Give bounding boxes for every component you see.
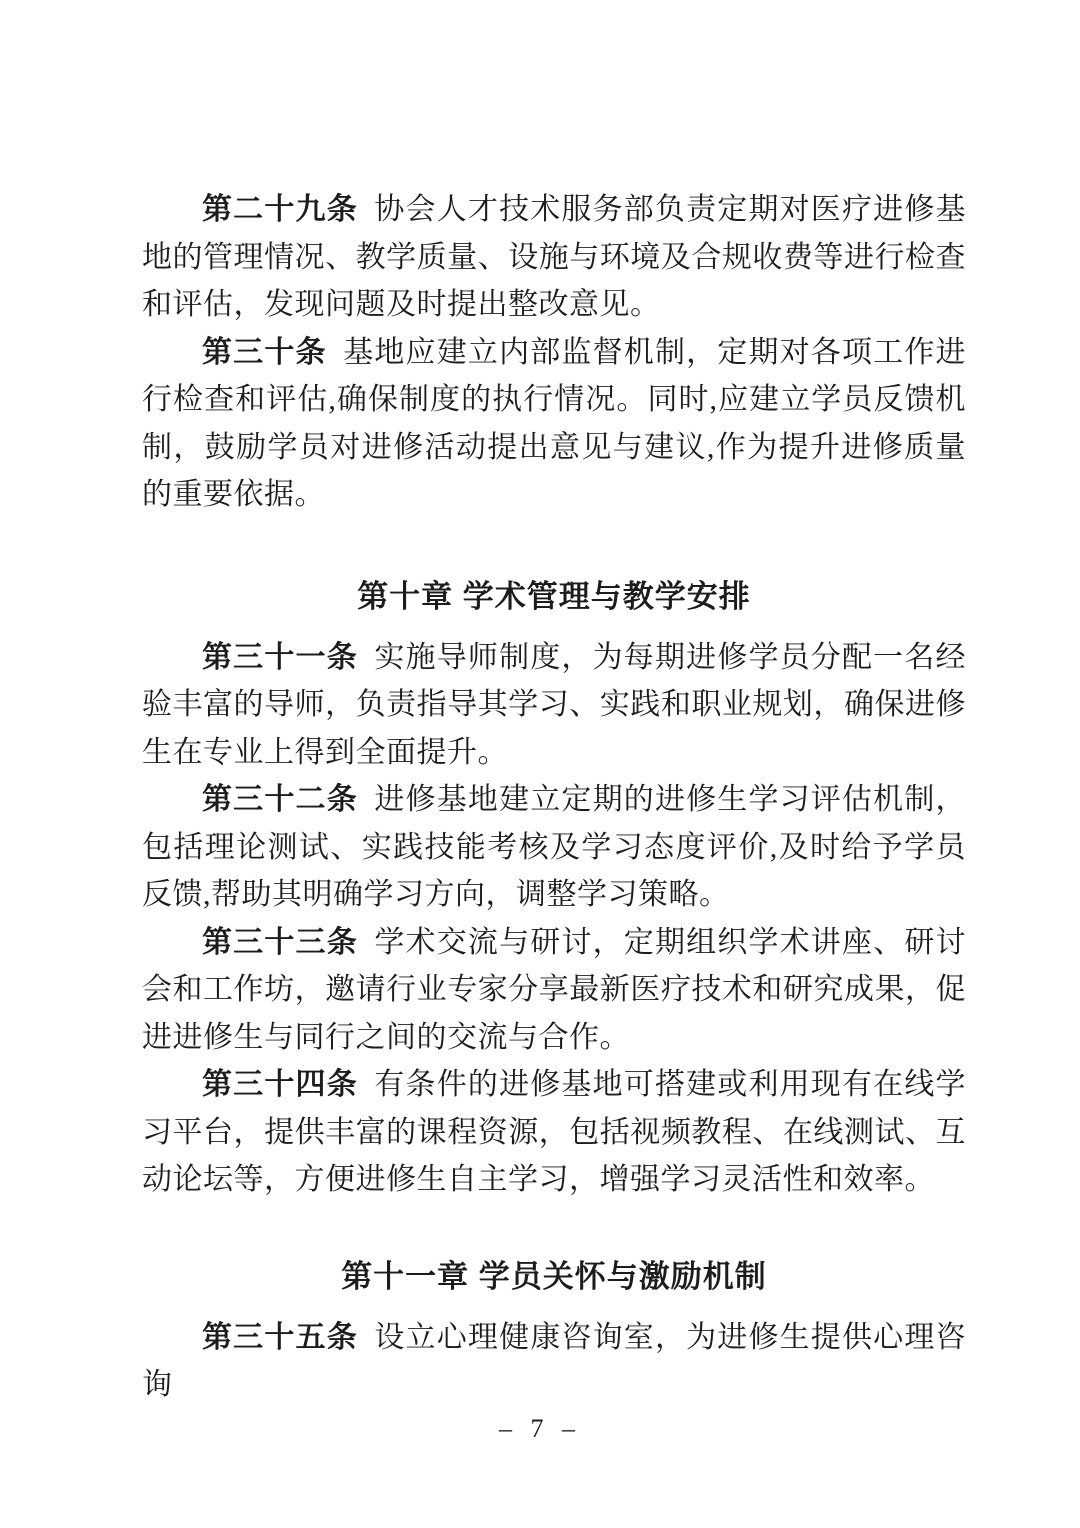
article-number: 第二十九条 <box>202 193 358 226</box>
article-number: 第三十四条 <box>202 1068 358 1101</box>
article-paragraph-32: 第三十二条进修基地建立定期的进修生学习评估机制，包括理论测试、实践技能考核及学习… <box>142 776 966 919</box>
article-paragraph-29: 第二十九条协会人才技术服务部负责定期对医疗进修基地的管理情况、教学质量、设施与环… <box>142 186 966 329</box>
chapter-heading-11: 第十一章 学员关怀与激励机制 <box>142 1256 966 1298</box>
article-paragraph-33: 第三十三条学术交流与研讨，定期组织学术讲座、研讨会和工作坊，邀请行业专家分享最新… <box>142 919 966 1062</box>
article-number: 第三十三条 <box>202 926 358 959</box>
article-paragraph-34: 第三十四条有条件的进修基地可搭建或利用现有在线学习平台，提供丰富的课程资源，包括… <box>142 1061 966 1204</box>
article-paragraph-31: 第三十一条实施导师制度，为每期进修学员分配一名经验丰富的导师，负责指导其学习、实… <box>142 634 966 777</box>
article-paragraph-30: 第三十条基地应建立内部监督机制，定期对各项工作进行检查和评估,确保制度的执行情况… <box>142 329 966 519</box>
article-number: 第三十条 <box>202 336 327 369</box>
article-paragraph-35: 第三十五条设立心理健康咨询室，为进修生提供心理咨询 <box>142 1314 966 1409</box>
article-number: 第三十一条 <box>202 641 358 674</box>
chapter-heading-10: 第十章 学术管理与教学安排 <box>142 576 966 618</box>
page-number: – 7 – <box>0 1414 1080 1444</box>
article-number: 第三十五条 <box>202 1321 358 1354</box>
article-number: 第三十二条 <box>202 783 358 816</box>
document-page: 第二十九条协会人才技术服务部负责定期对医疗进修基地的管理情况、教学质量、设施与环… <box>142 186 966 1409</box>
